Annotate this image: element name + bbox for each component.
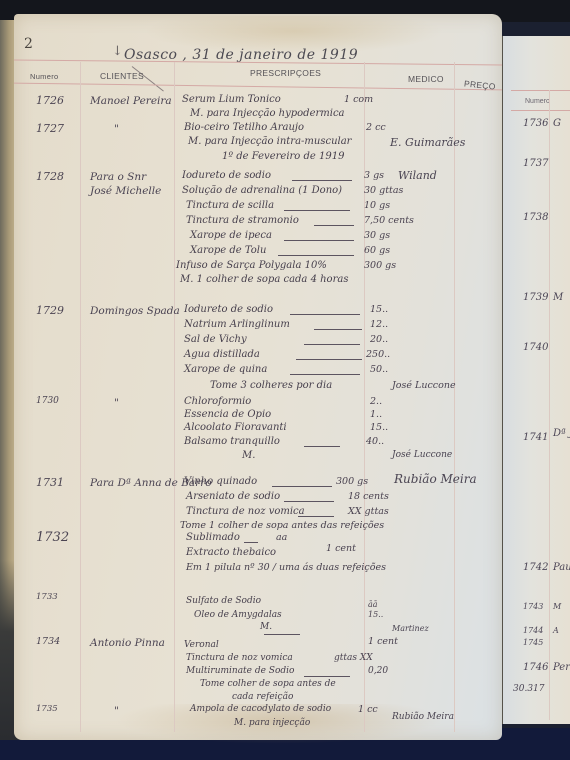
- prescription-qty: 1 cent: [368, 636, 398, 647]
- right-page-entry-number: 1745: [523, 638, 543, 647]
- prescription-line: Tome 1 colher de sopa antes das refeiçõe…: [180, 520, 384, 531]
- leader-line: [290, 314, 360, 315]
- entry-number: 1734: [36, 636, 60, 647]
- prescription-line: cada refeição: [232, 692, 293, 702]
- entry-client: Manoel Pereira: [90, 94, 172, 108]
- prescription-qty: 15..: [370, 304, 388, 315]
- right-page-entry-number: 1736: [523, 118, 548, 129]
- prescription-qty: 3 gs: [364, 170, 384, 181]
- prescription-line: Xarope de Tolu: [190, 245, 266, 256]
- prescription-line: Serum Lium Tonico: [182, 94, 281, 105]
- prescription-qty: 7,50 cents: [364, 215, 414, 226]
- entry-doctor: Wiland: [398, 169, 437, 182]
- leader-line: [284, 210, 350, 211]
- entry-number: 1735: [36, 704, 58, 714]
- prescription-line: Infuso de Sarça Polygala 10%: [176, 260, 327, 271]
- entry-number: 1726: [36, 94, 64, 107]
- prescription-qty: 1..: [370, 409, 382, 420]
- prescription-line: Natrium Arlinglinum: [184, 319, 290, 330]
- prescription-line: Agua distillada: [184, 349, 260, 360]
- prescription-line: Sulfato de Sodio: [186, 596, 261, 606]
- prescription-qty: gttas XX: [334, 653, 373, 663]
- date-separator-text: 1º de Fevereiro de 1919: [222, 151, 344, 162]
- entry-client: ": [114, 122, 119, 136]
- entry-number: 1733: [36, 592, 58, 602]
- entry-client: Antonio Pinna: [90, 636, 165, 650]
- prescription-qty: 60 gs: [364, 245, 390, 256]
- leader-line: [296, 359, 362, 360]
- ledger-page: 2 ↓ Osasco , 31 de janeiro de 1919 Numer…: [14, 14, 502, 740]
- prescription-line: Iodureto de sodio: [182, 170, 271, 181]
- entry-number: 1732: [36, 530, 69, 545]
- prescription-line: Xarope de quina: [184, 364, 267, 375]
- entry-doctor: E. Guimarães: [390, 136, 465, 149]
- right-page-client-fragment: Pereira: [553, 662, 570, 673]
- prescription-qty: 1 cc: [358, 704, 378, 715]
- right-ledger-page: Numero 1736 G 1737 1738 1739 M 1740 1741…: [500, 36, 570, 724]
- entry-number: 1728: [36, 170, 64, 183]
- prescription-line: Oleo de Amygdalas: [194, 610, 282, 620]
- prescription-line: Xarope de ipeca: [190, 230, 272, 241]
- leader-line: [290, 374, 360, 375]
- prescription-qty: 40..: [366, 436, 384, 447]
- leader-line: [284, 501, 334, 502]
- prescription-line: Tome colher de sopa antes de: [200, 679, 336, 689]
- prescription-qty: XX gttas: [348, 506, 389, 517]
- prescription-line: Alcoolato Fioravanti: [184, 422, 287, 433]
- prescription-qty: 250..: [366, 349, 390, 360]
- right-page-column-divider: [549, 90, 550, 720]
- right-page-entry-number: 1737: [523, 158, 548, 169]
- entry-client: Para o Snr José Michelle: [90, 170, 170, 198]
- prescription-qty: 300 gs: [336, 476, 368, 487]
- right-page-client-fragment: M: [553, 292, 563, 303]
- prescription-line: Arseniato de sodio: [186, 491, 280, 502]
- entry-client: Domingos Spada: [90, 304, 180, 318]
- prescription-qty: 18 cents: [348, 491, 389, 502]
- prescription-qty: 50..: [370, 364, 388, 375]
- entry-client: ": [114, 396, 119, 410]
- leader-line: [278, 255, 354, 256]
- prescription-qty: 2..: [370, 396, 382, 407]
- prescription-qty: 30 gs: [364, 230, 390, 241]
- right-page-client-fragment: Dª J: [553, 428, 570, 439]
- prescription-line: Bio-ceiro Tetilho Araujo: [184, 122, 304, 133]
- entry-client: ": [114, 704, 119, 718]
- leader-line: [304, 676, 350, 677]
- leader-line: [292, 180, 352, 181]
- right-page-entry-number: 1739: [523, 292, 548, 303]
- header-prescripcoes: PRESCRIPÇOES: [250, 68, 321, 78]
- header-clientes: CLIENTES: [100, 71, 144, 81]
- prescription-qty: 20..: [370, 334, 388, 345]
- prescription-qty: 10 gs: [364, 200, 390, 211]
- prescription-line: Sublimado: [186, 532, 240, 543]
- leader-line: [284, 240, 354, 241]
- prescription-line: Tinctura de noz vomica: [186, 653, 293, 663]
- right-page-entry-number: 1746: [523, 662, 548, 673]
- prescription-line: Solução de adrenalina (1 Dono): [182, 185, 342, 196]
- column-divider-prescripcoes: [364, 62, 365, 732]
- prescription-qty: 1 com: [344, 94, 373, 105]
- entry-number: 1731: [36, 476, 64, 489]
- prescription-line: Em 1 pilula nº 30 / uma ás duas refeiçõe…: [186, 562, 386, 573]
- right-page-client-fragment: Pauli: [553, 562, 570, 573]
- right-page-client-fragment: A: [553, 626, 559, 635]
- prescription-line: Vinho quinado: [184, 476, 257, 487]
- entry-doctor: Rubião Meira: [394, 472, 477, 486]
- prescription-line: M. 1 colher de sopa cada 4 horas: [180, 274, 348, 285]
- prescription-line: Tinctura de stramonio: [186, 215, 299, 226]
- prescription-qty: 2 cc: [366, 122, 386, 133]
- right-page-footer-note: 30.317: [513, 684, 545, 694]
- prescription-line: Iodureto de sodio: [184, 304, 273, 315]
- prescription-qty: aa: [276, 532, 287, 543]
- prescription-line: Sal de Vichy: [184, 334, 247, 345]
- prescription-line: M. para injecção: [234, 718, 310, 728]
- prescription-qty: 12..: [370, 319, 388, 330]
- prescription-line: Essencia de Opio: [184, 409, 271, 420]
- leader-line: [314, 329, 362, 330]
- prescription-line: Tinctura de noz vomica: [186, 506, 305, 517]
- prescription-line: Veronal: [184, 640, 219, 650]
- prescription-line: M. para Injecção intra-muscular: [188, 136, 351, 147]
- leader-line: [304, 446, 340, 447]
- leader-line: [298, 516, 334, 517]
- prescription-line: Extracto thebaico: [186, 547, 276, 558]
- right-page-header-rule: [511, 110, 570, 111]
- prescription-qty: 300 gs: [364, 260, 396, 271]
- right-page-client-fragment: M: [553, 602, 561, 611]
- right-page-entry-number: 1742: [523, 562, 548, 573]
- prescription-line: Multiruminate de Sodio: [186, 666, 294, 676]
- header-numero: Numero: [30, 72, 58, 81]
- leader-line: [314, 225, 354, 226]
- right-page-header-rule-top: [511, 90, 570, 91]
- right-page-client-fragment: G: [553, 118, 561, 129]
- right-page-entry-number: 1738: [523, 212, 548, 223]
- right-page-entry-number: 1741: [523, 432, 548, 443]
- prescription-line: M. para Injecção hypodermica: [190, 108, 345, 119]
- page-number: 2: [24, 36, 33, 52]
- prescription-qty: 0,20: [368, 666, 388, 676]
- header-medico: MEDICO: [408, 74, 444, 84]
- entry-doctor: Rubião Meira: [392, 712, 454, 722]
- entry-number: 1730: [36, 396, 59, 406]
- right-page-header-numero: Numero: [525, 98, 550, 105]
- prescription-line: Tinctura de scilla: [186, 200, 274, 211]
- right-page-entry-number: 1744: [523, 626, 543, 635]
- entry-number: 1727: [36, 122, 64, 135]
- leader-line: [272, 486, 332, 487]
- column-divider-clientes: [174, 62, 175, 732]
- prescription-qty: 1 cent: [326, 543, 356, 554]
- right-page-entry-number: 1743: [523, 602, 543, 611]
- entry-doctor: José Luccone: [392, 380, 456, 391]
- prescription-qty: āā: [368, 600, 378, 609]
- prescription-qty: 15..: [368, 610, 383, 619]
- prescription-qty: 30 gttas: [364, 185, 403, 196]
- entry-doctor: José Luccone: [392, 450, 452, 460]
- leader-line: [244, 542, 258, 543]
- leader-line: [264, 634, 300, 635]
- right-page-entry-number: 1740: [523, 342, 548, 353]
- prescription-line: Balsamo tranquillo: [184, 436, 280, 447]
- leader-line: [304, 344, 360, 345]
- entry-number: 1729: [36, 304, 64, 317]
- prescription-line: M.: [260, 622, 272, 632]
- prescription-line: Chloroformio: [184, 396, 251, 407]
- column-divider-medico: [454, 62, 455, 732]
- prescription-qty: 15..: [370, 422, 388, 433]
- column-divider-numero: [80, 62, 81, 732]
- prescription-line: Tome 3 colheres por dia: [210, 380, 332, 391]
- entry-doctor: Martinez: [392, 624, 429, 633]
- prescription-line: M.: [242, 450, 255, 461]
- prescription-line: Ampola de cacodylato de sodio: [190, 704, 331, 714]
